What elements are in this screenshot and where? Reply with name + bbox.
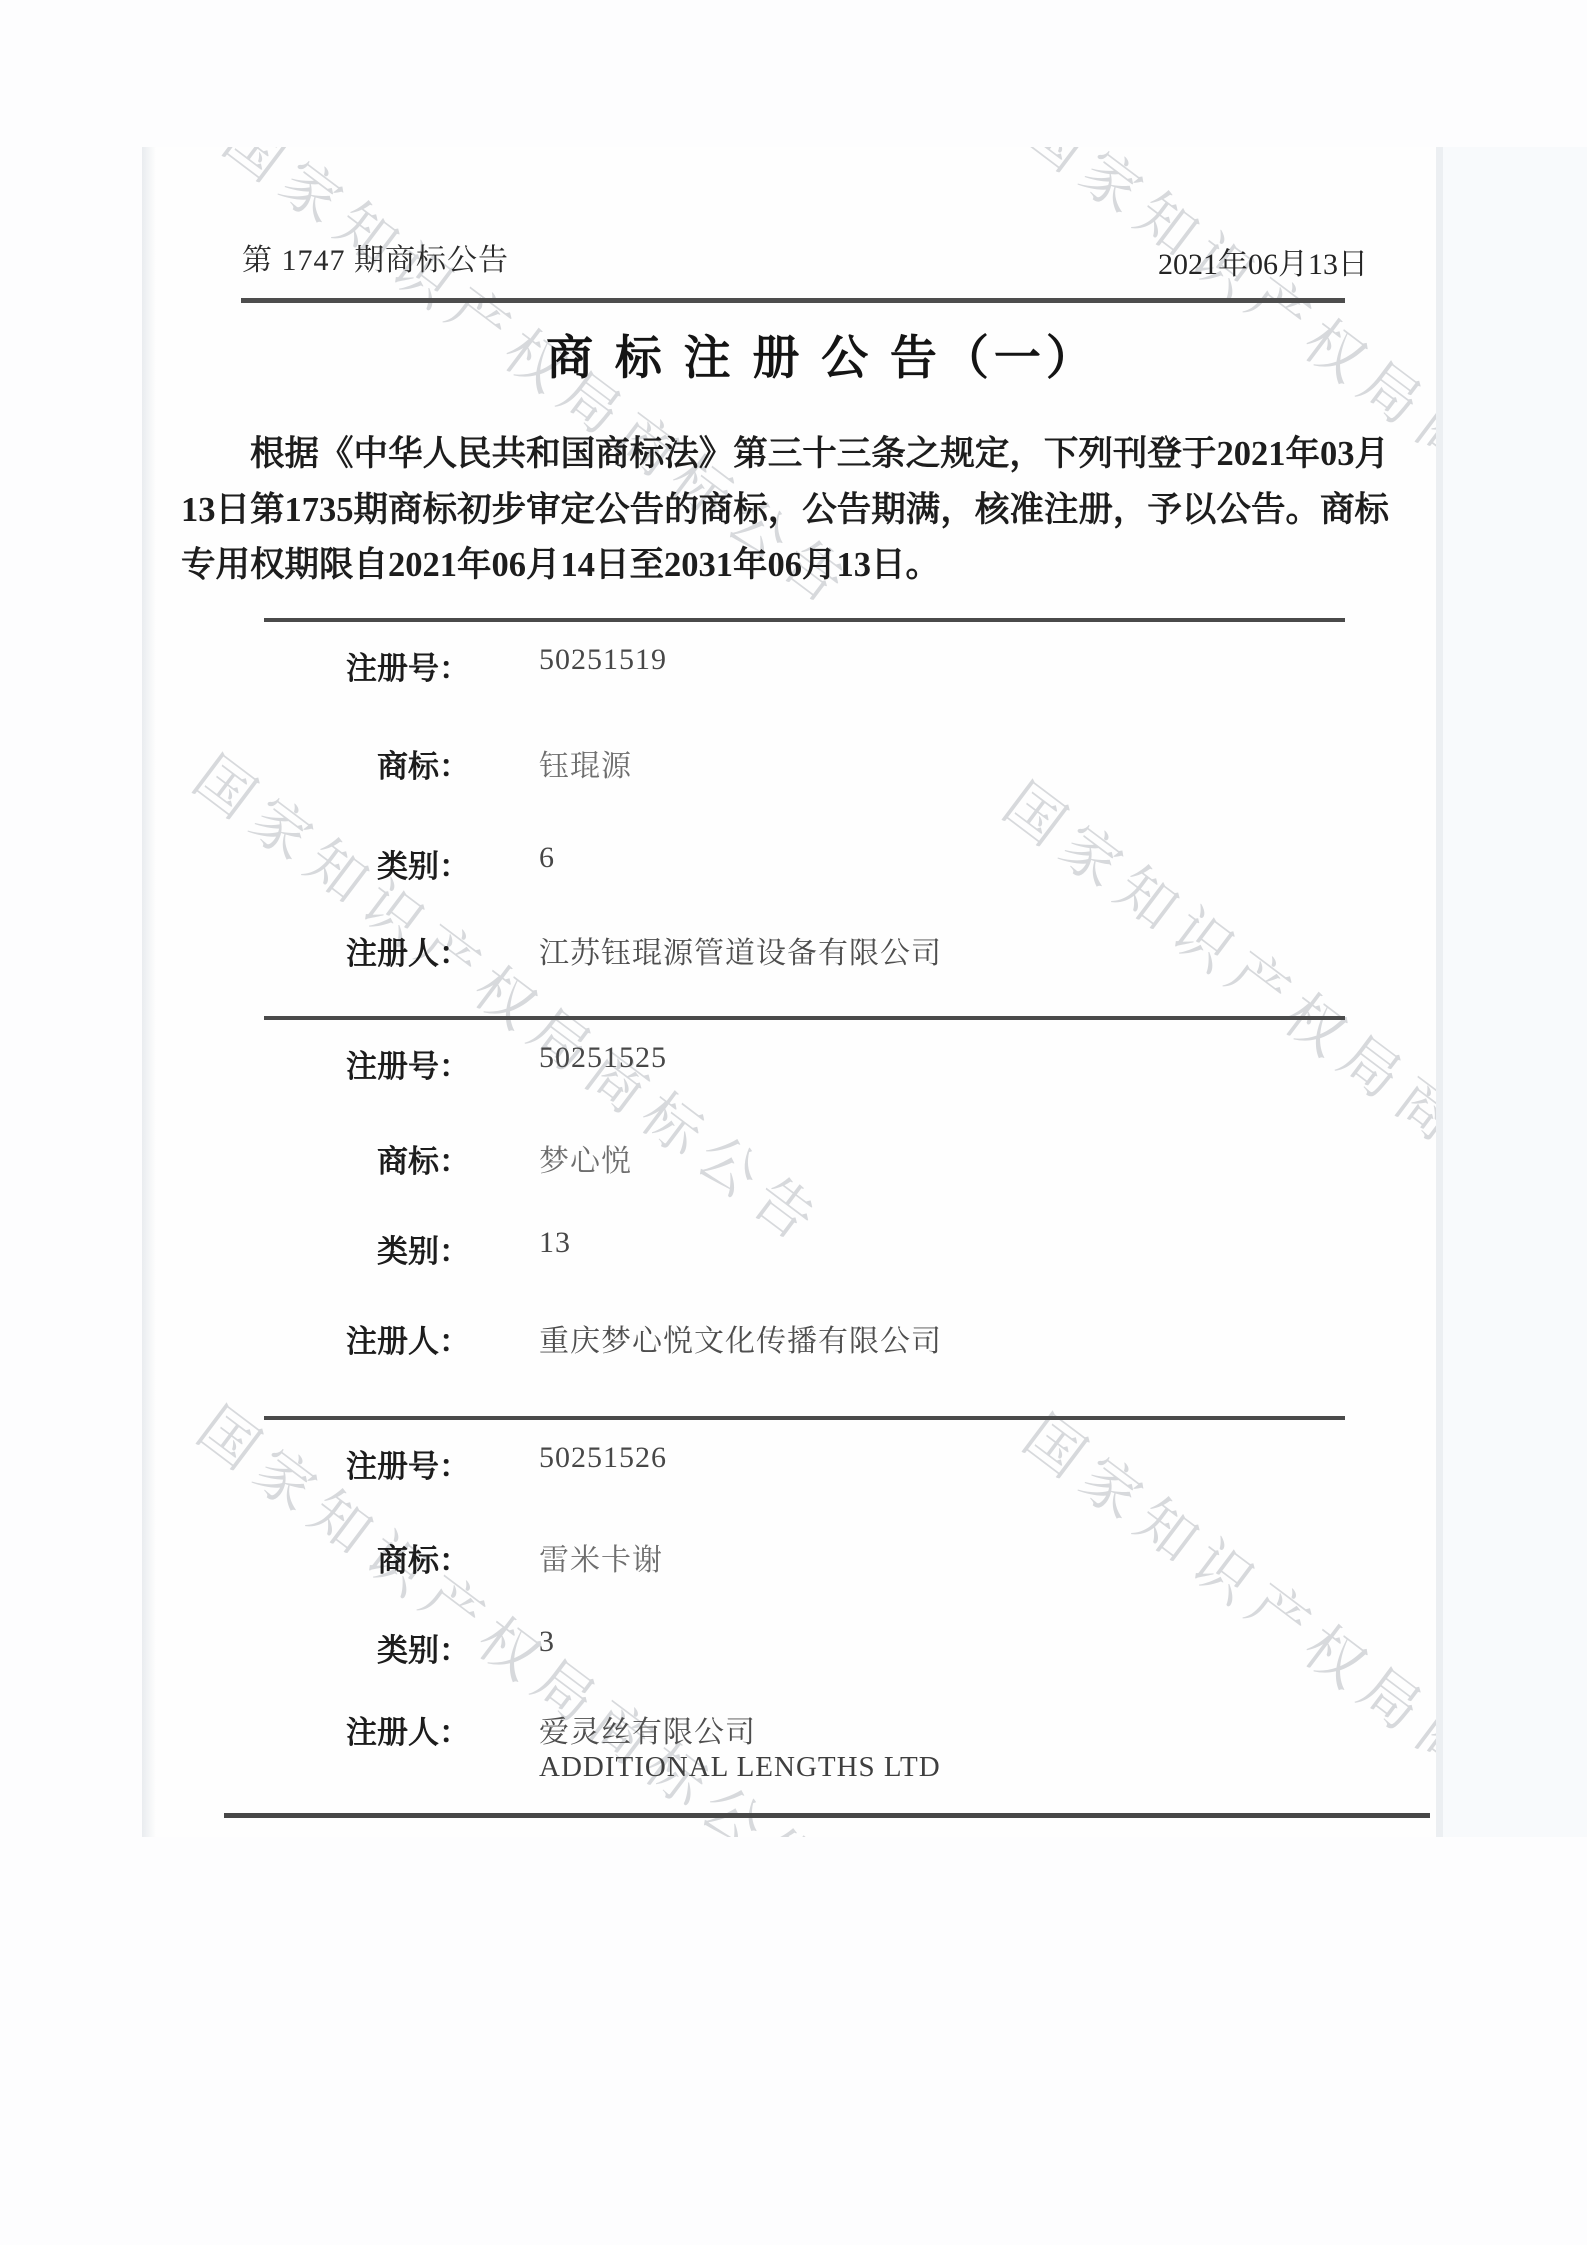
record-separator (264, 618, 1345, 622)
scan-right-margin (1443, 147, 1587, 1837)
page-title: 商 标 注 册 公 告（一） (242, 321, 1402, 388)
field-label: 注册号： (292, 1441, 470, 1486)
bottom-rule (224, 1813, 1430, 1818)
record-row-reg-no: 注册号： 50251526 (142, 1441, 1436, 1491)
field-label: 注册号： (292, 643, 470, 688)
record-row-reg-no: 注册号： 50251525 (142, 1041, 1436, 1091)
record-row-registrant: 注册人： 爱灵丝有限公司 ADDITIONAL LENGTHS LTD (142, 1707, 1436, 1757)
gazette-date: 2021年06月13日 (1158, 239, 1368, 283)
field-value: 50251525 (539, 1041, 667, 1075)
field-label: 商标： (292, 1136, 470, 1181)
record-row-reg-no: 注册号： 50251519 (142, 643, 1436, 693)
screenshot-background: 国家知识产权局商标公告 国家知识产权局商标公告 国家知识产权局商标公告 国家知识… (0, 0, 1587, 2245)
watermark-text: 国家知识产权局商标公告 (989, 759, 1443, 1289)
field-value: 雷米卡谢 (539, 1535, 663, 1579)
field-value: 钰琨源 (539, 741, 632, 785)
record-row-mark: 商标： 钰琨源 (142, 741, 1436, 791)
field-value: 梦心悦 (539, 1136, 632, 1180)
field-value: 6 (539, 841, 555, 875)
field-value-en: ADDITIONAL LENGTHS LTD (539, 1751, 941, 1784)
field-label: 商标： (292, 741, 470, 786)
field-label: 注册号： (292, 1041, 470, 1086)
record-row-class: 类别： 6 (142, 841, 1436, 891)
intro-paragraph: 根据《中华人民共和国商标法》第三十三条之规定，下列刊登于2021年03月13日第… (181, 427, 1389, 594)
field-label: 商标： (292, 1535, 470, 1580)
record-separator (264, 1416, 1345, 1420)
field-value: 50251519 (539, 643, 667, 677)
record-separator (264, 1016, 1345, 1020)
gazette-issue-label: 第 1747 期商标公告 (242, 235, 509, 279)
header-rule (241, 298, 1345, 303)
scanned-document-page: 国家知识产权局商标公告 国家知识产权局商标公告 国家知识产权局商标公告 国家知识… (142, 147, 1443, 1837)
field-label: 注册人： (292, 928, 470, 973)
field-value: 3 (539, 1625, 555, 1659)
field-label: 注册人： (292, 1316, 470, 1361)
record-row-mark: 商标： 雷米卡谢 (142, 1535, 1436, 1585)
field-label: 注册人： (292, 1707, 470, 1752)
field-value: 13 (539, 1226, 571, 1260)
record-row-mark: 商标： 梦心悦 (142, 1136, 1436, 1186)
field-label: 类别： (292, 841, 470, 886)
record-row-class: 类别： 3 (142, 1625, 1436, 1675)
field-value: 重庆梦心悦文化传播有限公司 (539, 1316, 942, 1360)
field-value: 江苏钰琨源管道设备有限公司 (539, 928, 942, 972)
record-row-registrant: 注册人： 江苏钰琨源管道设备有限公司 (142, 928, 1436, 978)
record-row-registrant: 注册人： 重庆梦心悦文化传播有限公司 (142, 1316, 1436, 1366)
record-row-class: 类别： 13 (142, 1226, 1436, 1276)
field-label: 类别： (292, 1226, 470, 1271)
field-value: 爱灵丝有限公司 (539, 1707, 756, 1751)
field-label: 类别： (292, 1625, 470, 1670)
field-value: 50251526 (539, 1441, 667, 1475)
